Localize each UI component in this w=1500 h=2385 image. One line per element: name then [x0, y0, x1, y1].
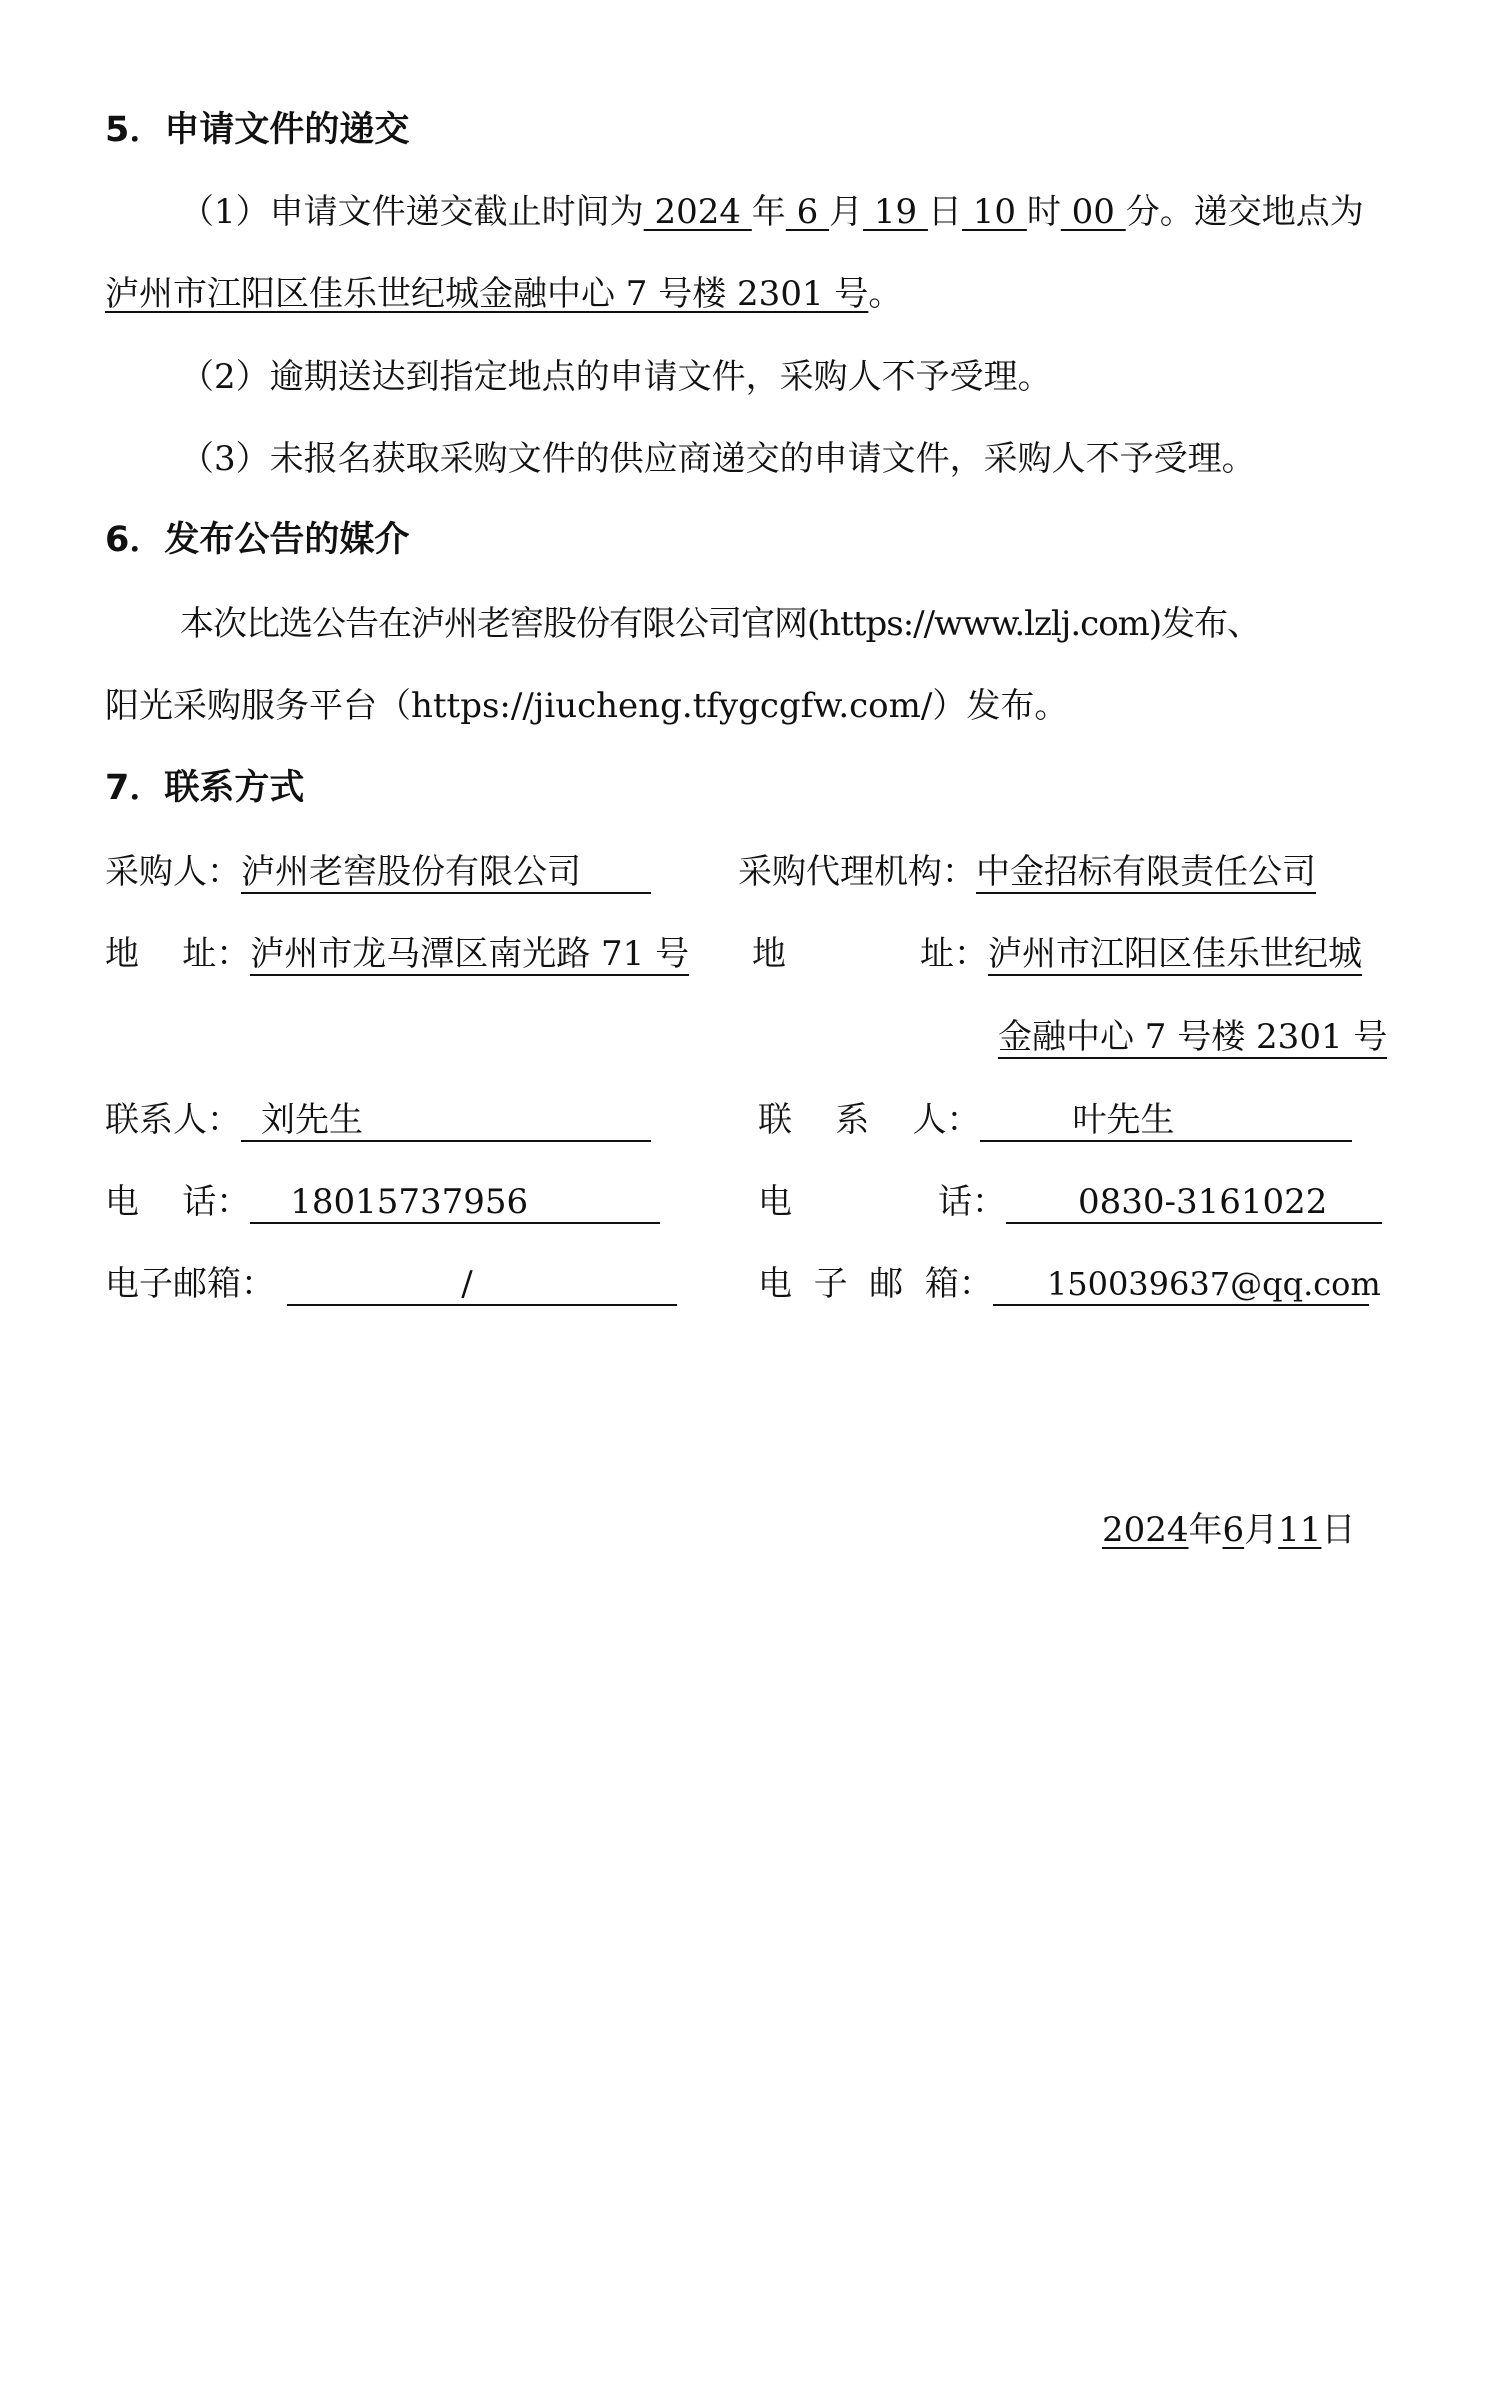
purchaser-phone-row: 电 话：18015737956 [105, 1180, 660, 1224]
agency-email: 150039637@qq.com [993, 1264, 1369, 1306]
submission-location-line: 泸州市江阳区佳乐世纪城金融中心 7 号楼 2301 号。 [105, 272, 902, 316]
agency-address-label-start: 地 [752, 934, 786, 974]
date-day-suffix: 日 [1321, 1510, 1355, 1550]
section-5-item-1: （1）申请文件递交截止时间为 2024 年 6 月 19 日 10 时 00 分… [180, 190, 1364, 234]
month-suffix: 月 [829, 192, 863, 232]
purchaser-name: 泸州老窖股份有限公司 [241, 852, 651, 894]
section-7-heading: 7．联系方式 [105, 766, 304, 810]
minute-suffix: 分。递交地点为 [1126, 192, 1364, 232]
agency-name: 中金招标有限责任公司 [976, 852, 1316, 894]
day-suffix: 日 [928, 192, 962, 232]
agency-phone: 0830-3161022 [1006, 1182, 1382, 1224]
deadline-minute: 00 [1061, 192, 1126, 232]
agency-address-label-end: 址： [920, 934, 988, 974]
agency-phone-label-start: 电 [758, 1182, 792, 1222]
date-month: 6 [1223, 1510, 1245, 1550]
purchaser-contact-label: 联系人： [105, 1100, 241, 1140]
date-year: 2024 [1102, 1510, 1189, 1550]
deadline-month: 6 [786, 192, 829, 232]
submission-location: 泸州市江阳区佳乐世纪城金融中心 7 号楼 2301 号 [105, 274, 868, 314]
deadline-prefix: （1）申请文件递交截止时间为 [180, 192, 644, 232]
date-month-suffix: 月 [1244, 1510, 1278, 1550]
purchaser-contact-row: 联系人：刘先生 [105, 1098, 651, 1142]
section-6-line-1: 本次比选公告在泸州老窖股份有限公司官网(https://www.lzlj.com… [180, 602, 1260, 646]
agency-phone-label-end: 话： [938, 1182, 1006, 1222]
purchaser-address-label: 地 址： [105, 934, 250, 974]
purchaser-name-row: 采购人：泸州老窖股份有限公司 [105, 850, 651, 894]
purchaser-email: / [287, 1264, 677, 1306]
section-6-line-2: 阳光采购服务平台（https://jiucheng.tfygcgfw.com/）… [105, 684, 1068, 728]
date-day: 11 [1278, 1510, 1321, 1550]
agency-contact: 叶先生 [980, 1100, 1352, 1142]
purchaser-email-row: 电子邮箱：/ [105, 1262, 677, 1306]
agency-address-row: 地址：泸州市江阳区佳乐世纪城 [752, 932, 1362, 976]
deadline-hour: 10 [962, 192, 1027, 232]
agency-phone-row: 电话：0830-3161022 [758, 1180, 1382, 1224]
agency-name-row: 采购代理机构：中金招标有限责任公司 [738, 850, 1316, 894]
section-5-item-3: （3）未报名获取采购文件的供应商递交的申请文件，采购人不予受理。 [180, 437, 1256, 481]
purchaser-address: 泸州市龙马潭区南光路 71 号 [250, 934, 689, 976]
year-suffix: 年 [752, 192, 786, 232]
purchaser-contact: 刘先生 [241, 1100, 651, 1142]
section-5-heading: 5．申请文件的递交 [105, 108, 409, 152]
agency-contact-row: 联 系 人：叶先生 [758, 1098, 1352, 1142]
signature-date: 2024年6月11日 [1102, 1508, 1355, 1552]
agency-address-line-2: 金融中心 7 号楼 2301 号 [998, 1017, 1387, 1059]
purchaser-phone: 18015737956 [250, 1182, 660, 1224]
agency-email-row: 电 子 邮 箱：150039637@qq.com [758, 1262, 1369, 1306]
agency-address-line-1: 泸州市江阳区佳乐世纪城 [988, 934, 1362, 976]
location-end: 。 [868, 274, 902, 314]
deadline-day: 19 [863, 192, 928, 232]
agency-name-label: 采购代理机构： [738, 852, 976, 892]
agency-address-row-2: 金融中心 7 号楼 2301 号 [998, 1015, 1387, 1059]
purchaser-email-label: 电子邮箱： [105, 1264, 275, 1304]
hour-suffix: 时 [1027, 192, 1061, 232]
agency-contact-label: 联 系 人： [758, 1100, 980, 1140]
section-6-heading: 6．发布公告的媒介 [105, 518, 409, 562]
section-5-item-2: （2）逾期送达到指定地点的申请文件，采购人不予受理。 [180, 355, 1052, 399]
agency-email-label: 电 子 邮 箱： [758, 1264, 993, 1304]
deadline-year: 2024 [644, 192, 752, 232]
date-year-suffix: 年 [1189, 1510, 1223, 1550]
purchaser-phone-label: 电 话： [105, 1182, 250, 1222]
purchaser-name-label: 采购人： [105, 852, 241, 892]
purchaser-address-row: 地 址：泸州市龙马潭区南光路 71 号 [105, 932, 689, 976]
